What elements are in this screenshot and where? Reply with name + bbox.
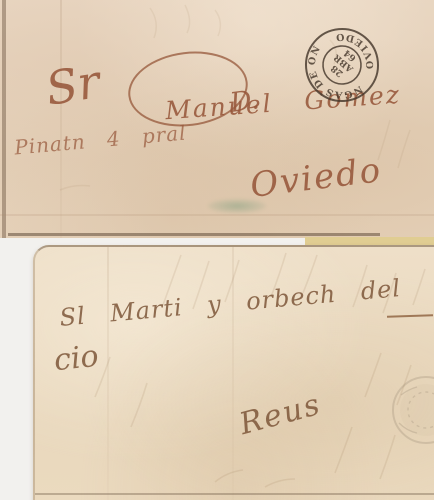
expert-mark-smudge <box>208 199 266 213</box>
honorific-sr: Sr <box>42 54 103 116</box>
bottom-cover: Sl Marti y orbech del cio Reus <box>33 245 434 500</box>
cangas-de-onis-datestamp: CANGAS DE ONIS OVIEDO 28 ABR 64 <box>292 15 392 115</box>
photo-scan-two-covers: Sr D. Manuel Gomez Pinatn 4 pral Oviedo … <box>0 0 434 500</box>
faint-partial-postmark <box>381 365 434 455</box>
address-line2: cio <box>52 339 100 378</box>
top-cover: Sr D. Manuel Gomez Pinatn 4 pral Oviedo … <box>0 0 434 238</box>
